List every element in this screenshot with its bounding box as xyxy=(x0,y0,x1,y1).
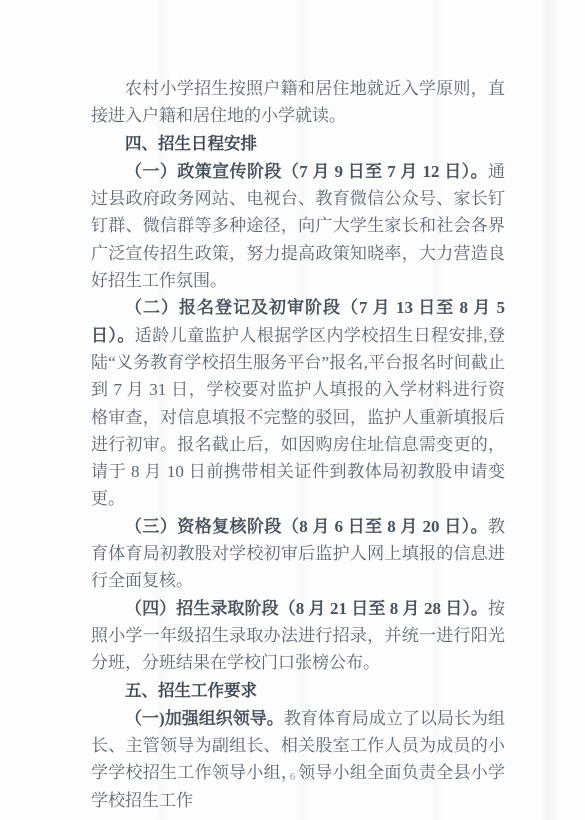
paragraph: 农村小学招生按照户籍和居住地就近入学原则，直接进入户籍和居住地的小学就读。 xyxy=(91,75,505,130)
text-run: （三）资格复核阶段（8 月 6 日至 8 月 20 日）。 xyxy=(125,517,488,536)
text-run: 五、招生工作要求 xyxy=(125,682,257,700)
paragraph: （四）招生录取阶段（8 月 21 日至 8 月 28 日）。按照小学一年级招生录… xyxy=(91,595,505,677)
text-run: 农村小学招生按照户籍和居住地就近入学原则，直接进入户籍和居住地的小学就读。 xyxy=(91,79,505,125)
scanned-document-page: 农村小学招生按照户籍和居住地就近入学原则，直接进入户籍和居住地的小学就读。四、招… xyxy=(0,0,585,820)
text-run: （一)加强组织领导。 xyxy=(125,709,284,728)
text-run: （一）政策宣传阶段（7 月 9 日至 7 月 12 日）。 xyxy=(125,162,488,181)
text-run: 适龄儿童监护人根据学区内学校招生日程安排,登陆“义务教育学校招生服务平台”报名,… xyxy=(91,326,505,509)
page-number: 6 xyxy=(0,771,585,783)
paragraph: （二）报名登记及初审阶段（7 月 13 日至 8 月 5 日）。适龄儿童监护人根… xyxy=(91,294,505,512)
text-run: 通过县政府政务网站、电视台、教育微信公众号、家长钉钉群、微信群等多种途径，向广大… xyxy=(91,162,505,290)
text-run: 四、招生日程安排 xyxy=(125,135,257,153)
paragraph: （三）资格复核阶段（8 月 6 日至 8 月 20 日）。教育体育局初教股对学校… xyxy=(91,513,505,595)
section-heading: 四、招生日程安排 xyxy=(91,130,505,158)
text-run: （四）招生录取阶段（8 月 21 日至 8 月 28 日）。 xyxy=(125,599,488,618)
document-body: 农村小学招生按照户籍和居住地就近入学原则，直接进入户籍和居住地的小学就读。四、招… xyxy=(91,75,505,814)
section-heading: 五、招生工作要求 xyxy=(91,677,505,705)
paragraph: （一)加强组织领导。教育体育局成立了以局长为组长、主管领导为副组长、相关股室工作… xyxy=(91,705,505,814)
paragraph: （一）政策宣传阶段（7 月 9 日至 7 月 12 日）。通过县政府政务网站、电… xyxy=(91,158,505,294)
